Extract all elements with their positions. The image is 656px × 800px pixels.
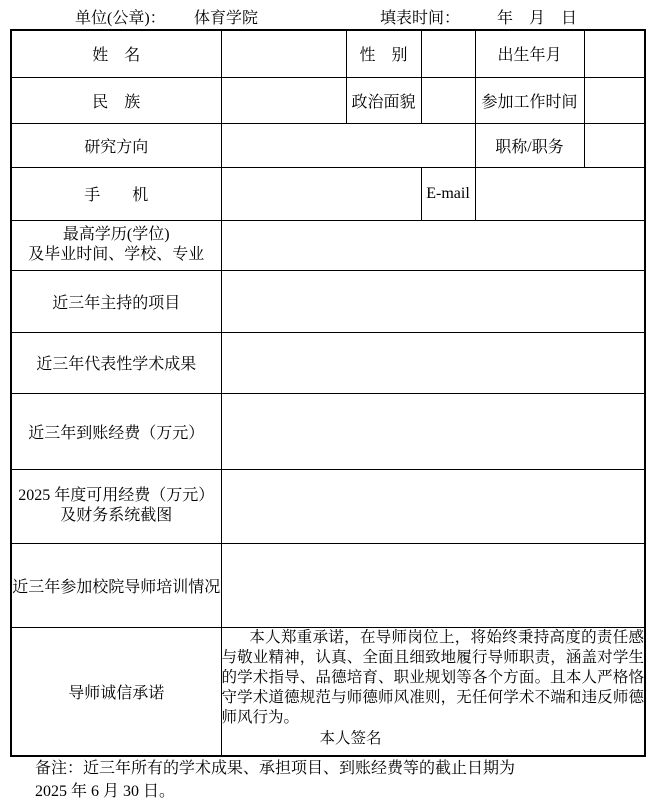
row-available-funds-2025: 2025 年度可用经费（万元） 及财务系统截图 [11, 469, 645, 543]
integrity-commitment-label: 导师诚信承诺 [11, 627, 221, 756]
row-received-funds: 近三年到账经费（万元） [11, 393, 645, 469]
political-status-input-cell[interactable] [421, 77, 475, 123]
gender-input-cell[interactable] [421, 30, 475, 77]
row-research-title: 研究方向 职称/职务 [11, 123, 645, 167]
work-start-input-cell[interactable] [584, 77, 645, 123]
title-position-input-cell[interactable] [584, 123, 645, 167]
mobile-label: 手 机 [11, 167, 221, 220]
birth-date-label: 出生年月 [475, 30, 584, 77]
signature-label[interactable]: 本人签名 [320, 729, 645, 749]
received-funds-label: 近三年到账经费（万元） [11, 393, 221, 469]
highest-degree-input-cell[interactable] [221, 220, 645, 270]
row-mentor-training: 近三年参加校院导师培训情况 [11, 543, 645, 627]
name-label: 姓 名 [11, 30, 221, 77]
academic-achievements-label: 近三年代表性学术成果 [11, 332, 221, 393]
row-integrity-commitment: 导师诚信承诺 本人郑重承诺，在导师岗位上，将始终秉持高度的责任感与敬业精神，认真… [11, 627, 645, 756]
mobile-input-cell[interactable] [221, 167, 421, 220]
recent-projects-label: 近三年主持的项目 [11, 270, 221, 332]
gender-label: 性 别 [346, 30, 421, 77]
fill-date-label: 填表时间： [380, 5, 460, 28]
available-funds-input-cell[interactable] [221, 469, 645, 543]
footnote-remark: 备注：近三年所有的学术成果、承担项目、到账经费等的截止日期为 2025 年 6 … [35, 757, 529, 800]
integrity-commitment-cell: 本人郑重承诺，在导师岗位上，将始终秉持高度的责任感与敬业精神，认真、全面且细致地… [221, 627, 645, 756]
fill-date-ymd[interactable]: 年 月 日 [497, 5, 577, 28]
title-position-label: 职称/职务 [475, 123, 584, 167]
row-highest-degree: 最高学历(学位) 及毕业时间、学校、专业 [11, 220, 645, 270]
unit-name-value: 体育学院 [194, 5, 258, 28]
available-funds-label-line2: 及财务系统截图 [12, 506, 221, 526]
available-funds-label: 2025 年度可用经费（万元） 及财务系统截图 [11, 469, 221, 543]
name-input-cell[interactable] [221, 30, 346, 77]
academic-achievements-input-cell[interactable] [221, 332, 645, 393]
mentor-form-page: 单位(公章)： 体育学院 填表时间： 年 月 日 姓 名 性 别 出生年月 民 … [0, 0, 656, 800]
research-direction-input-cell[interactable] [221, 123, 475, 167]
received-funds-input-cell[interactable] [221, 393, 645, 469]
row-projects: 近三年主持的项目 [11, 270, 645, 332]
research-direction-label: 研究方向 [11, 123, 221, 167]
commitment-text: 本人郑重承诺，在导师岗位上，将始终秉持高度的责任感与敬业精神，认真、全面且细致地… [222, 628, 645, 728]
email-input-cell[interactable] [475, 167, 645, 220]
row-name-gender-birth: 姓 名 性 别 出生年月 [11, 30, 645, 77]
mentor-training-input-cell[interactable] [221, 543, 645, 627]
highest-degree-label-line1: 最高学历(学位) [12, 225, 221, 245]
highest-degree-label-line2: 及毕业时间、学校、专业 [12, 245, 221, 265]
ethnicity-input-cell[interactable] [221, 77, 346, 123]
email-label: E-mail [421, 167, 475, 220]
mentor-training-label: 近三年参加校院导师培训情况 [11, 543, 221, 627]
mentor-info-form-table: 姓 名 性 别 出生年月 民 族 政治面貌 参加工作时间 研究方向 职称/职务 … [10, 29, 646, 757]
unit-seal-label: 单位(公章)： [75, 5, 166, 28]
row-academic-achievements: 近三年代表性学术成果 [11, 332, 645, 393]
highest-degree-label: 最高学历(学位) 及毕业时间、学校、专业 [11, 220, 221, 270]
row-ethnicity-political-workstart: 民 族 政治面貌 参加工作时间 [11, 77, 645, 123]
recent-projects-input-cell[interactable] [221, 270, 645, 332]
birth-date-input-cell[interactable] [584, 30, 645, 77]
row-mobile-email: 手 机 E-mail [11, 167, 645, 220]
political-status-label: 政治面貌 [346, 77, 421, 123]
available-funds-label-line1: 2025 年度可用经费（万元） [12, 486, 221, 506]
form-caption-row: 单位(公章)： 体育学院 填表时间： 年 月 日 [0, 0, 656, 29]
work-start-label: 参加工作时间 [475, 77, 584, 123]
ethnicity-label: 民 族 [11, 77, 221, 123]
